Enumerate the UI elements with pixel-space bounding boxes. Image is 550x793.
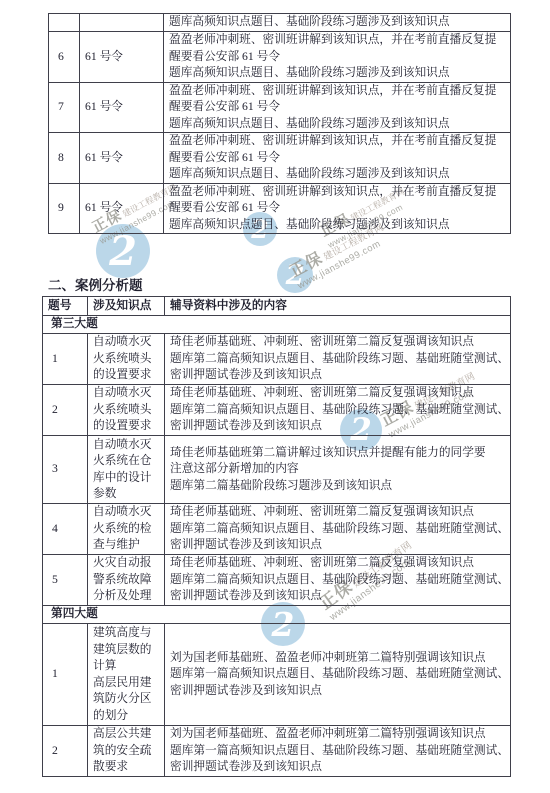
table-row: 1 建筑高度与建筑层数的计算高层民用建筑防火分区的划分 刘为国老师基础班、盈盈老… [43,624,511,726]
question-number-cell: 9 [49,183,80,234]
knowledge-point-cell: 火灾自动报警系统故障分析及处理 [88,555,165,606]
question-number-cell: 3 [43,436,88,504]
question-number-cell [49,14,80,32]
content-cell: 题库高频知识点题目、基础阶段练习题涉及到该知识点 [164,14,511,32]
column-header: 涉及知识点 [88,297,165,316]
column-header: 题号 [43,297,88,316]
question-number-cell: 7 [49,82,80,133]
question-number-cell: 1 [43,624,88,726]
knowledge-point-cell: 自动喷水灭火系统喷头的设置要求 [88,334,165,385]
knowledge-point-cell: 61 号令 [80,82,164,133]
content-cell: 盈盈老师冲刺班、密训班讲解到该知识点，并在考前直播反复提醒要看公安部 61 号令… [164,133,511,184]
question-number-cell: 6 [49,32,80,83]
knowledge-point-cell: 自动喷水灭火系统在仓库中的设计参数 [88,436,165,504]
knowledge-point-cell: 高层公共建筑的安全疏散要求 [88,726,165,777]
question-number-cell: 5 [43,555,88,606]
section-title-row: 第三大题 [43,316,511,334]
table-row: 2 自动喷水灭火系统喷头的设置要求 琦佳老师基础班、冲刺班、密训班第二篇反复强调… [43,385,511,436]
column-header: 辅导资料中涉及的内容 [165,297,511,316]
section-title-cell: 第四大题 [43,606,511,624]
question-number-cell: 1 [43,334,88,385]
content-cell: 刘为国老师基础班、盈盈老师冲刺班第二篇特别强调该知识点题库第一篇高频知识点题目、… [165,726,511,777]
table-row: 7 61 号令 盈盈老师冲刺班、密训班讲解到该知识点，并在考前直播反复提醒要看公… [49,82,511,133]
content-cell: 盈盈老师冲刺班、密训班讲解到该知识点，并在考前直播反复提醒要看公安部 61 号令… [164,183,511,234]
section-title-cell: 第三大题 [43,316,511,334]
table-row: 1 自动喷水灭火系统喷头的设置要求 琦佳老师基础班、冲刺班、密训班第二篇反复强调… [43,334,511,385]
zhengbao-logo-icon: 2 [277,257,313,293]
watermark-brand-cn: 正保 [287,249,326,281]
content-cell: 琦佳老师基础班第二篇讲解过该知识点并提醒有能力的同学要注意这部分新增加的内容题库… [165,436,511,504]
knowledge-point-cell: 61 号令 [80,32,164,83]
single-question-table: 题库高频知识点题目、基础阶段练习题涉及到该知识点 6 61 号令 盈盈老师冲刺班… [48,13,511,234]
table-row: 4 自动喷水灭火系统的检查与维护 琦佳老师基础班、冲刺班、密训班第二篇反复强调该… [43,504,511,555]
question-number-cell: 4 [43,504,88,555]
section-title-row: 第四大题 [43,606,511,624]
content-cell: 盈盈老师冲刺班、密训班讲解到该知识点，并在考前直播反复提醒要看公安部 61 号令… [164,82,511,133]
document-page: 2 正保建设工程教育网 www.jianshe99.com 2 正保建设工程教育… [0,0,550,793]
knowledge-point-cell [80,14,164,32]
table-row: 5 火灾自动报警系统故障分析及处理 琦佳老师基础班、冲刺班、密训班第二篇反复强调… [43,555,511,606]
watermark-group: 2 [277,257,313,293]
table-row: 6 61 号令 盈盈老师冲刺班、密训班讲解到该知识点，并在考前直播反复提醒要看公… [49,32,511,83]
table-row: 题库高频知识点题目、基础阶段练习题涉及到该知识点 [49,14,511,32]
content-cell: 琦佳老师基础班、冲刺班、密训班第二篇反复强调该知识点题库第二篇高频知识点题目、基… [165,334,511,385]
question-number-cell: 2 [43,385,88,436]
knowledge-point-cell: 自动喷水灭火系统喷头的设置要求 [88,385,165,436]
content-cell: 琦佳老师基础班、冲刺班、密训班第二篇反复强调该知识点题库第二篇高频知识点题目、基… [165,555,511,606]
question-number-cell: 2 [43,726,88,777]
question-number-cell: 8 [49,133,80,184]
content-cell: 刘为国老师基础班、盈盈老师冲刺班第二篇特别强调该知识点题库第一篇高频知识点题目、… [165,624,511,726]
content-cell: 琦佳老师基础班、冲刺班、密训班第二篇反复强调该知识点题库第二篇高频知识点题目、基… [165,385,511,436]
watermark-url: www.jianshe99.com [296,234,392,292]
table-row: 2 高层公共建筑的安全疏散要求 刘为国老师基础班、盈盈老师冲刺班第二篇特别强调该… [43,726,511,777]
table-row: 3 自动喷水灭火系统在仓库中的设计参数 琦佳老师基础班第二篇讲解过该知识点并提醒… [43,436,511,504]
knowledge-point-cell: 61 号令 [80,183,164,234]
table-row: 8 61 号令 盈盈老师冲刺班、密训班讲解到该知识点，并在考前直播反复提醒要看公… [49,133,511,184]
section-heading: 二、案例分析题 [48,274,143,294]
content-cell: 琦佳老师基础班、冲刺班、密训班第二篇反复强调该知识点题库第二篇高频知识点题目、基… [165,504,511,555]
content-cell: 盈盈老师冲刺班、密训班讲解到该知识点，并在考前直播反复提醒要看公安部 61 号令… [164,32,511,83]
knowledge-point-cell: 建筑高度与建筑层数的计算高层民用建筑防火分区的划分 [88,624,165,726]
case-analysis-table: 题号 涉及知识点 辅导资料中涉及的内容 第三大题 1 自动喷水灭火系统喷头的设置… [42,296,511,777]
table-row: 9 61 号令 盈盈老师冲刺班、密训班讲解到该知识点，并在考前直播反复提醒要看公… [49,183,511,234]
table-header-row: 题号 涉及知识点 辅导资料中涉及的内容 [43,297,511,316]
knowledge-point-cell: 自动喷水灭火系统的检查与维护 [88,504,165,555]
knowledge-point-cell: 61 号令 [80,133,164,184]
